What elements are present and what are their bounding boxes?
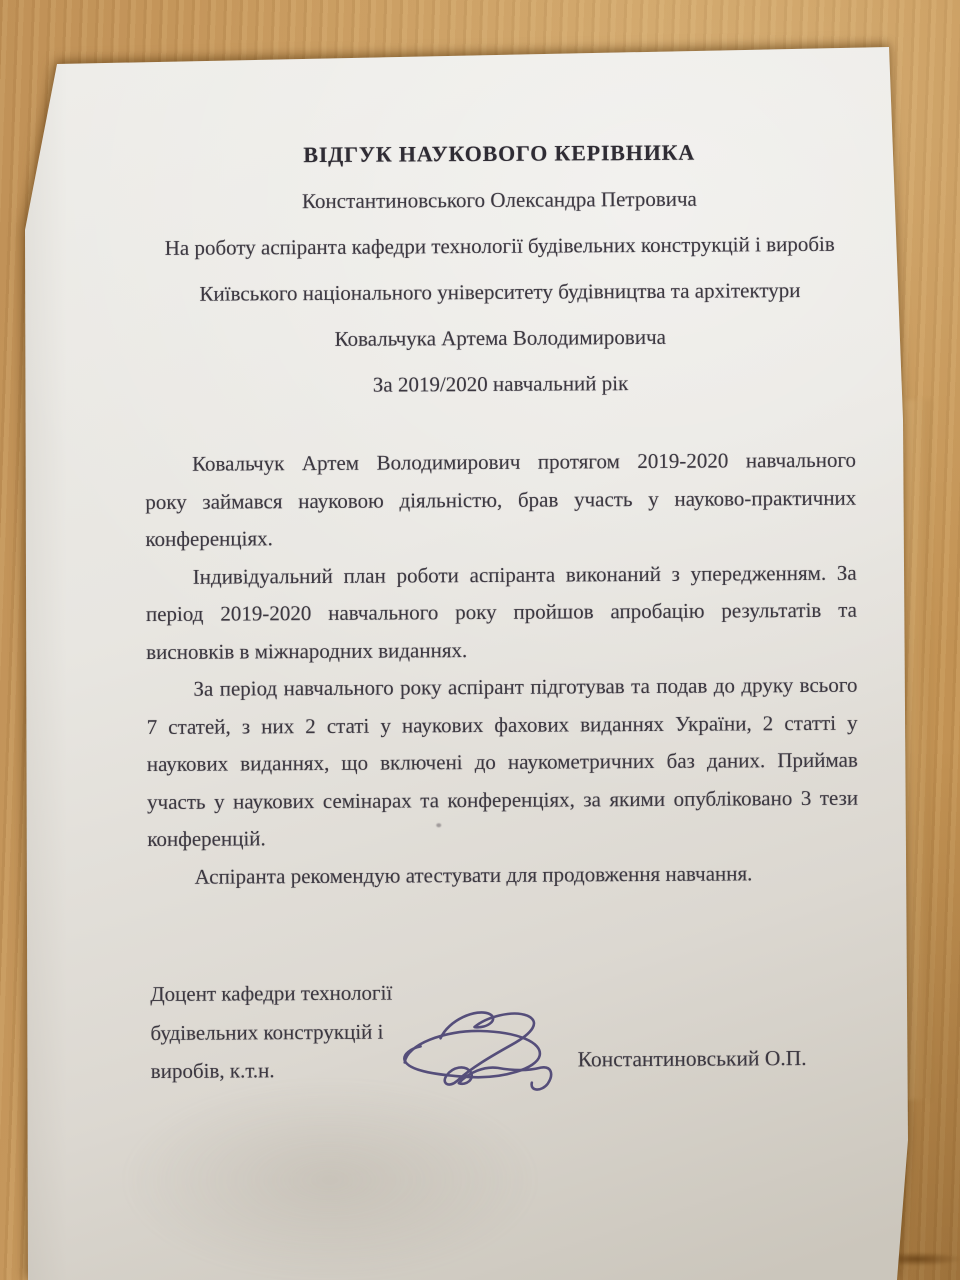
body-line: наукових виданнях, що включені до науком… — [147, 742, 858, 784]
work-description-line: На роботу аспіранта кафедри технології б… — [144, 231, 856, 262]
signer-name: Константиновський О.П. — [578, 1044, 807, 1073]
body-line: За період навчального року аспірант підг… — [146, 667, 857, 709]
review-body: Ковальчук Артем Володимирович протягом 2… — [145, 442, 859, 896]
body-line: року займався науковою діяльністю, брав … — [145, 479, 856, 521]
photographed-document: ВІДГУК НАУКОВОГО КЕРІВНИКА Константиновс… — [0, 0, 960, 1280]
body-line: період 2019-2020 навчального року пройшо… — [146, 592, 857, 634]
paper-sheet-wrapper: ВІДГУК НАУКОВОГО КЕРІВНИКА Константиновс… — [0, 0, 960, 1280]
paragraph-1: Ковальчук Артем Володимирович протягом 2… — [145, 442, 857, 559]
paragraph-2: Індивідуальний план роботи аспіранта вик… — [146, 554, 858, 671]
review-document-content: ВІДГУК НАУКОВОГО КЕРІВНИКА Константиновс… — [0, 0, 960, 1280]
body-line: конференцій. — [147, 817, 858, 859]
paragraph-3: За період навчального року аспірант підг… — [146, 667, 858, 859]
document-header: ВІДГУК НАУКОВОГО КЕРІВНИКА Константиновс… — [143, 138, 857, 419]
student-name-line: Ковальчука Артема Володимировича — [144, 323, 856, 354]
body-line: Індивідуальний план роботи аспіранта вик… — [146, 554, 857, 596]
academic-year-line: За 2019/2020 навчальний рік — [144, 369, 856, 400]
document-title: ВІДГУК НАУКОВОГО КЕРІВНИКА — [143, 138, 855, 170]
body-line: 7 статей, з них 2 статі у наукових фахов… — [147, 704, 858, 746]
body-line: участь у наукових семінарах та конференц… — [147, 779, 858, 821]
paragraph-4: Аспіранта рекомендую атестувати для прод… — [147, 854, 858, 896]
handwritten-signature-icon — [390, 997, 566, 1100]
body-line: Ковальчук Артем Володимирович протягом 2… — [145, 442, 856, 484]
supervisor-name-line: Константиновського Олександра Петровича — [143, 185, 855, 216]
body-line: висновків в міжнародних виданнях. — [146, 629, 857, 671]
university-line: Київського національного університету бу… — [144, 277, 856, 308]
body-line: конференціях. — [145, 517, 856, 559]
paper-sheet: ВІДГУК НАУКОВОГО КЕРІВНИКА Константиновс… — [0, 0, 960, 1280]
paper-speckle — [436, 823, 441, 827]
body-line: Аспіранта рекомендую атестувати для прод… — [147, 854, 858, 896]
